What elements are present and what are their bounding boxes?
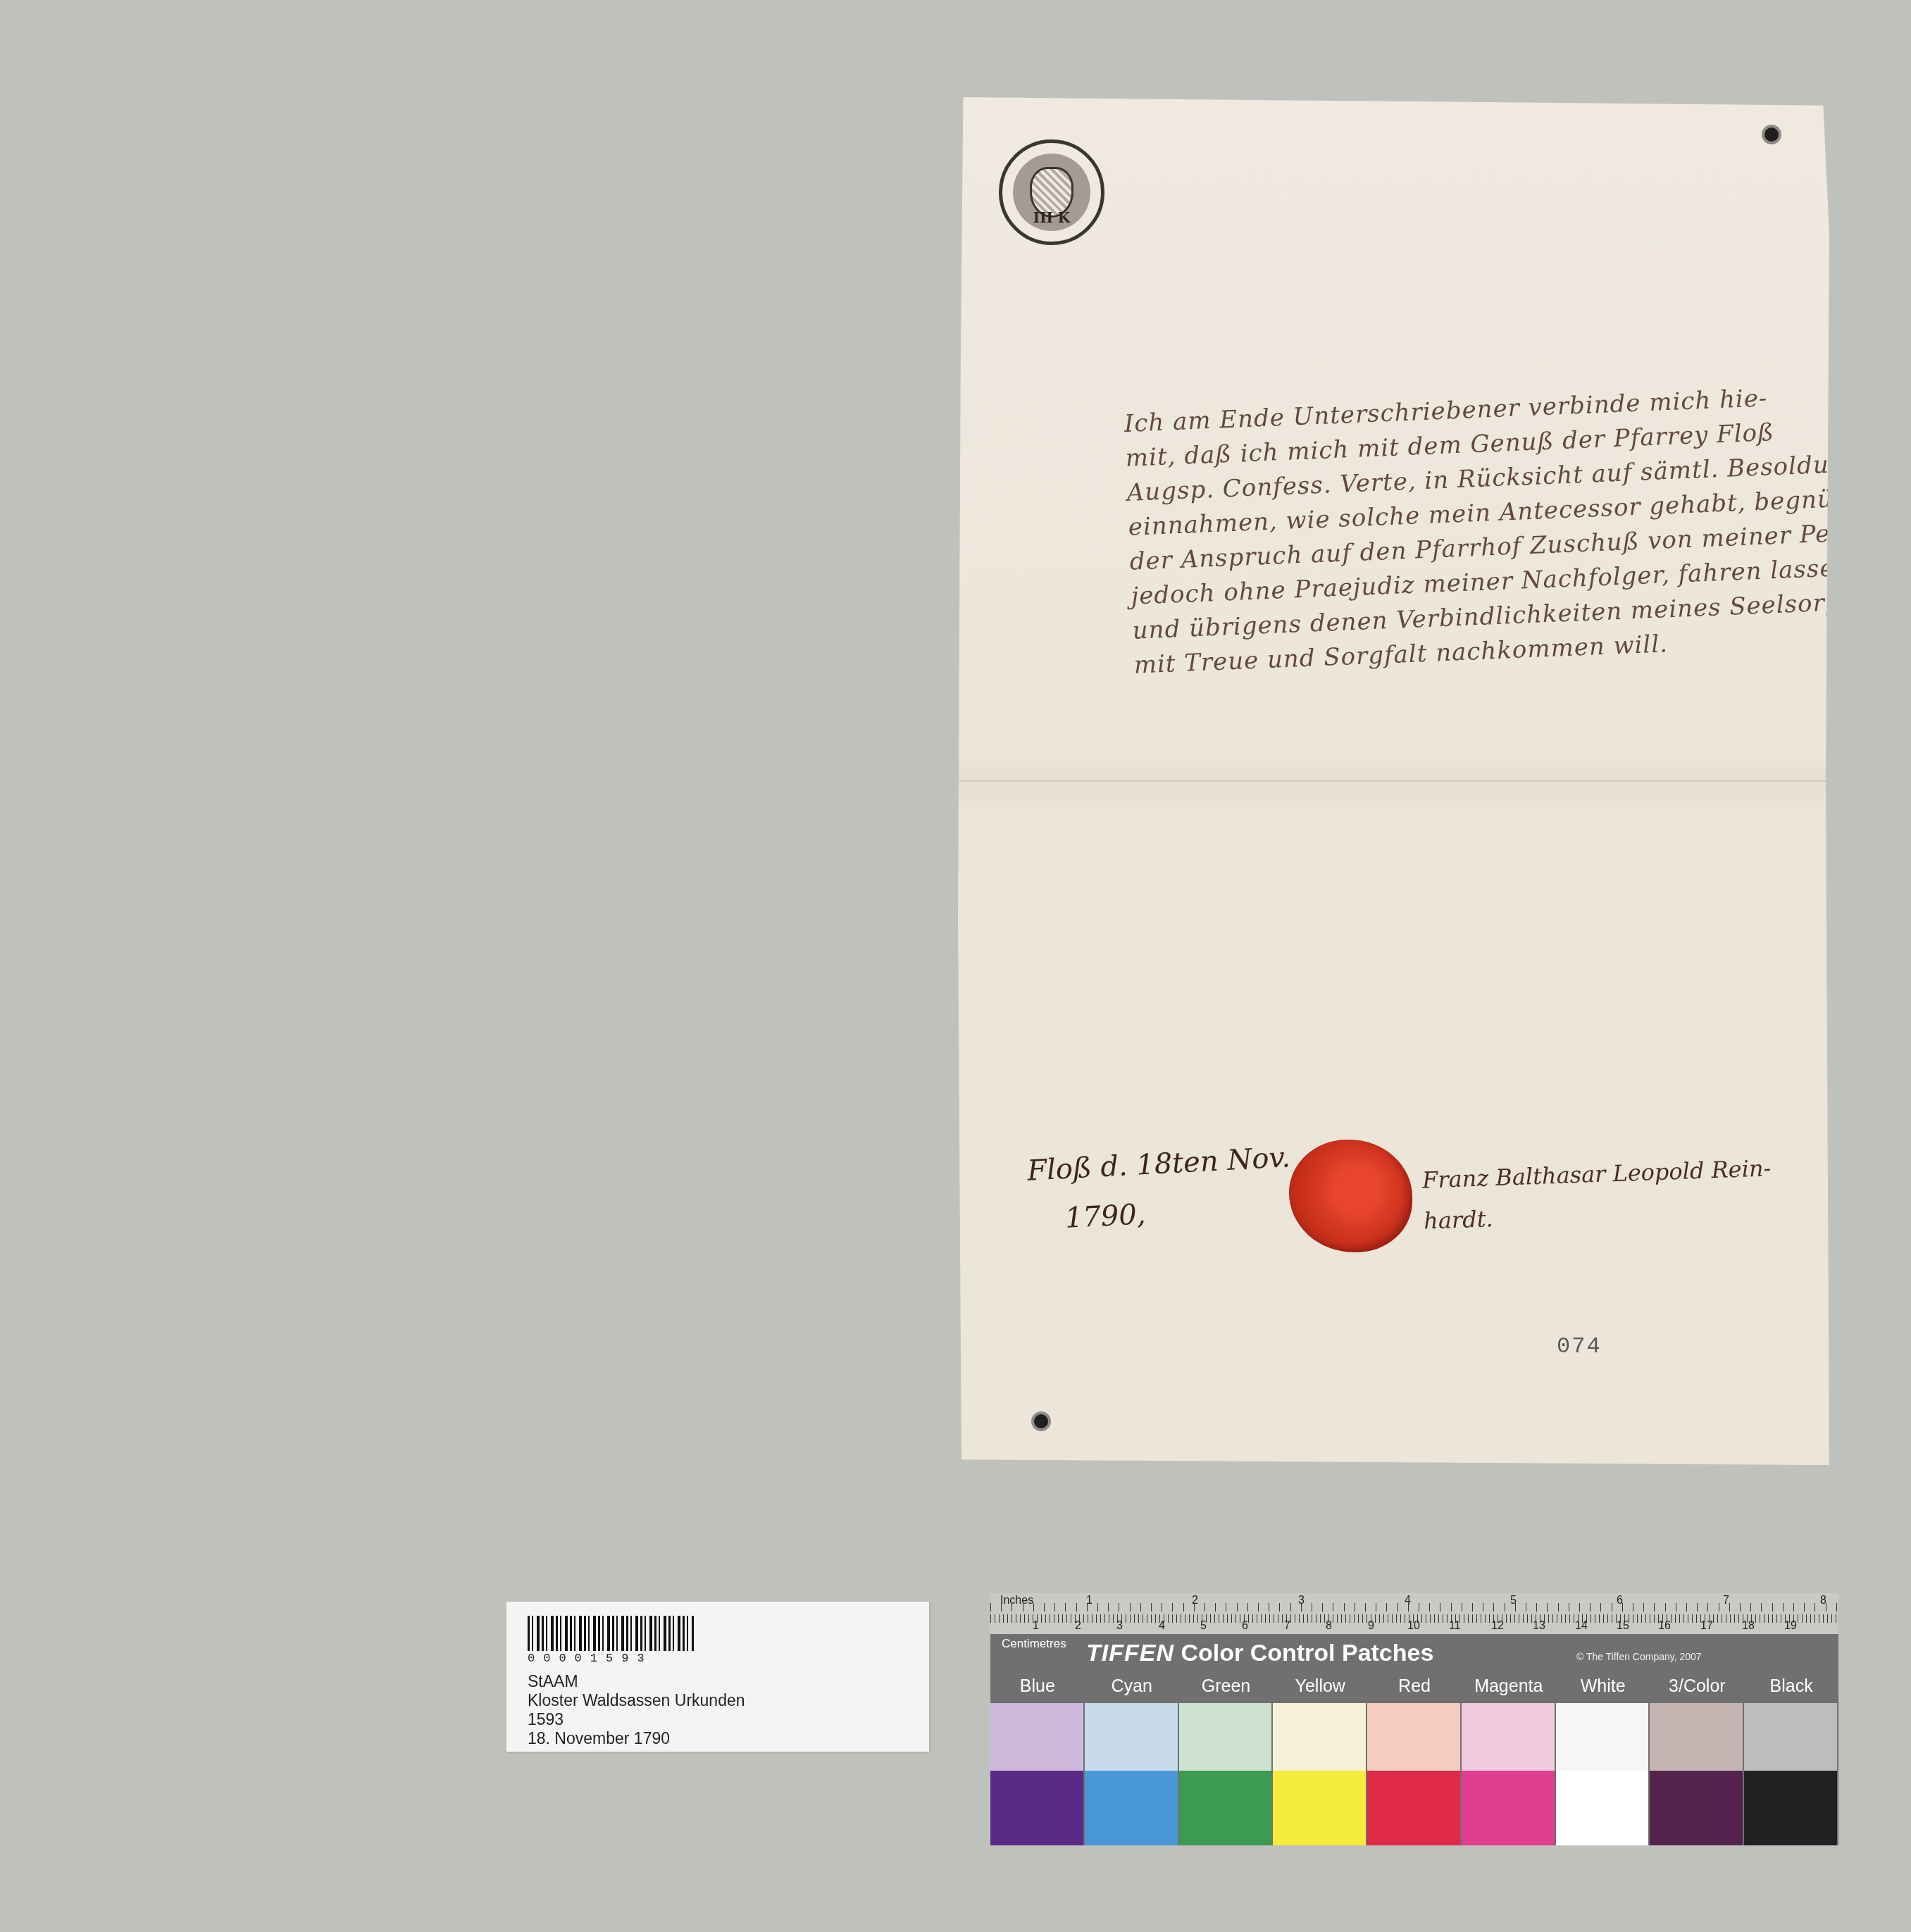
cm-tick: 2 [1075,1620,1081,1633]
chart-title-text: Color Control Patches [1181,1640,1433,1666]
color-patch-3color-dark [1650,1771,1744,1845]
color-patch-cyan-light [1085,1703,1179,1771]
inch-tick: 8 [1820,1595,1826,1607]
punch-hole-top-right [1762,125,1781,144]
color-patch-black-light [1744,1703,1838,1771]
inches-label: Inches [1000,1595,1033,1607]
patch-name-magenta: Magenta [1462,1676,1556,1697]
patch-names: Blue Cyan Green Yellow Red Magenta White… [990,1676,1838,1697]
color-patch-white-light [1556,1703,1650,1771]
tax-stamp-seal-icon: III K [999,139,1104,245]
patch-name-black: Black [1744,1676,1838,1697]
cm-tick: 9 [1368,1620,1374,1633]
chart-title: TIFFEN Color Control Patches [1086,1640,1433,1667]
patch-name-green: Green [1179,1676,1274,1697]
handwritten-text: Ich am Ende Unterschriebener verbinde mi… [1123,380,1817,683]
color-control-chart: Inches 1 2 3 4 5 6 7 8 1 2 3 4 5 6 7 8 9… [990,1593,1838,1845]
barcode-icon [528,1616,694,1651]
red-wax-seal-icon [1289,1140,1412,1252]
patch-name-red: Red [1367,1676,1462,1697]
punch-hole-bottom-left [1031,1411,1051,1431]
color-patch-blue-dark [990,1771,1085,1845]
cm-tick: 17 [1700,1620,1713,1633]
archive-name: StAAM [528,1672,745,1691]
color-patch-black-dark [1744,1771,1838,1845]
color-patch-magenta-dark [1462,1771,1556,1845]
patch-name-cyan: Cyan [1085,1676,1179,1697]
inch-tick: 5 [1510,1595,1517,1607]
archival-document-page: III K Ich am Ende Unterschriebener verbi… [958,97,1829,1465]
document-date: 18. November 1790 [528,1729,745,1748]
barcode-number: 00001593 [528,1652,653,1666]
color-patch-yellow-dark [1273,1771,1367,1845]
color-patch-green-dark [1179,1771,1274,1845]
color-patch-white-dark [1556,1771,1650,1845]
patch-name-white: White [1556,1676,1650,1697]
archive-label-card: 00001593 StAAM Kloster Waldsassen Urkund… [506,1602,929,1752]
cm-tick: 3 [1116,1620,1123,1633]
cm-tick: 12 [1491,1620,1504,1633]
cm-tick: 7 [1284,1620,1290,1633]
color-patches [990,1703,1838,1845]
color-patch-cyan-dark [1085,1771,1179,1845]
cm-tick: 11 [1449,1620,1461,1633]
inch-tick: 3 [1298,1595,1305,1607]
cm-tick: 5 [1200,1620,1207,1633]
copyright: © The Tiffen Company, 2007 [1576,1651,1702,1662]
inch-tick: 2 [1192,1595,1198,1607]
patch-name-3color: 3/Color [1650,1676,1744,1697]
cm-tick: 19 [1784,1620,1797,1633]
collection-name: Kloster Waldsassen Urkunden [528,1691,745,1710]
color-patch-blue-light [990,1703,1085,1771]
cm-tick: 16 [1658,1620,1671,1633]
patch-name-blue: Blue [990,1676,1085,1697]
inch-tick: 7 [1723,1595,1729,1607]
ruler: Inches 1 2 3 4 5 6 7 8 1 2 3 4 5 6 7 8 9… [990,1593,1838,1634]
inch-tick: 1 [1086,1595,1093,1607]
cm-tick: 18 [1742,1620,1755,1633]
cm-tick: 8 [1326,1620,1332,1633]
color-patch-green-light [1179,1703,1274,1771]
folio-number: 074 [1557,1333,1602,1359]
color-patch-magenta-light [1462,1703,1556,1771]
cm-tick: 1 [1033,1620,1039,1633]
cm-tick: 13 [1533,1620,1545,1633]
color-patch-yellow-light [1273,1703,1367,1771]
cm-tick: 14 [1575,1620,1588,1633]
cm-tick: 6 [1242,1620,1248,1633]
patch-name-yellow: Yellow [1273,1676,1367,1697]
color-patch-red-light [1367,1703,1462,1771]
cm-tick: 4 [1159,1620,1165,1633]
color-patch-red-dark [1367,1771,1462,1845]
centimetres-label: Centimetres [1002,1637,1066,1651]
inch-tick: 6 [1617,1595,1623,1607]
cm-tick: 15 [1617,1620,1629,1633]
inch-tick: 4 [1405,1595,1411,1607]
stamp-text: III K [1002,209,1101,226]
signature: Franz Balthasar Leopold Rein- hardt. [1421,1147,1773,1241]
date-block: Floß d. 18ten Nov. 1790, [1026,1133,1295,1245]
label-text: StAAM Kloster Waldsassen Urkunden 1593 1… [528,1672,745,1748]
cm-tick: 10 [1407,1620,1420,1633]
brand-logo: TIFFEN [1086,1640,1174,1666]
color-patch-3color-light [1650,1703,1744,1771]
fold-line [958,780,1829,782]
document-id: 1593 [528,1710,745,1729]
